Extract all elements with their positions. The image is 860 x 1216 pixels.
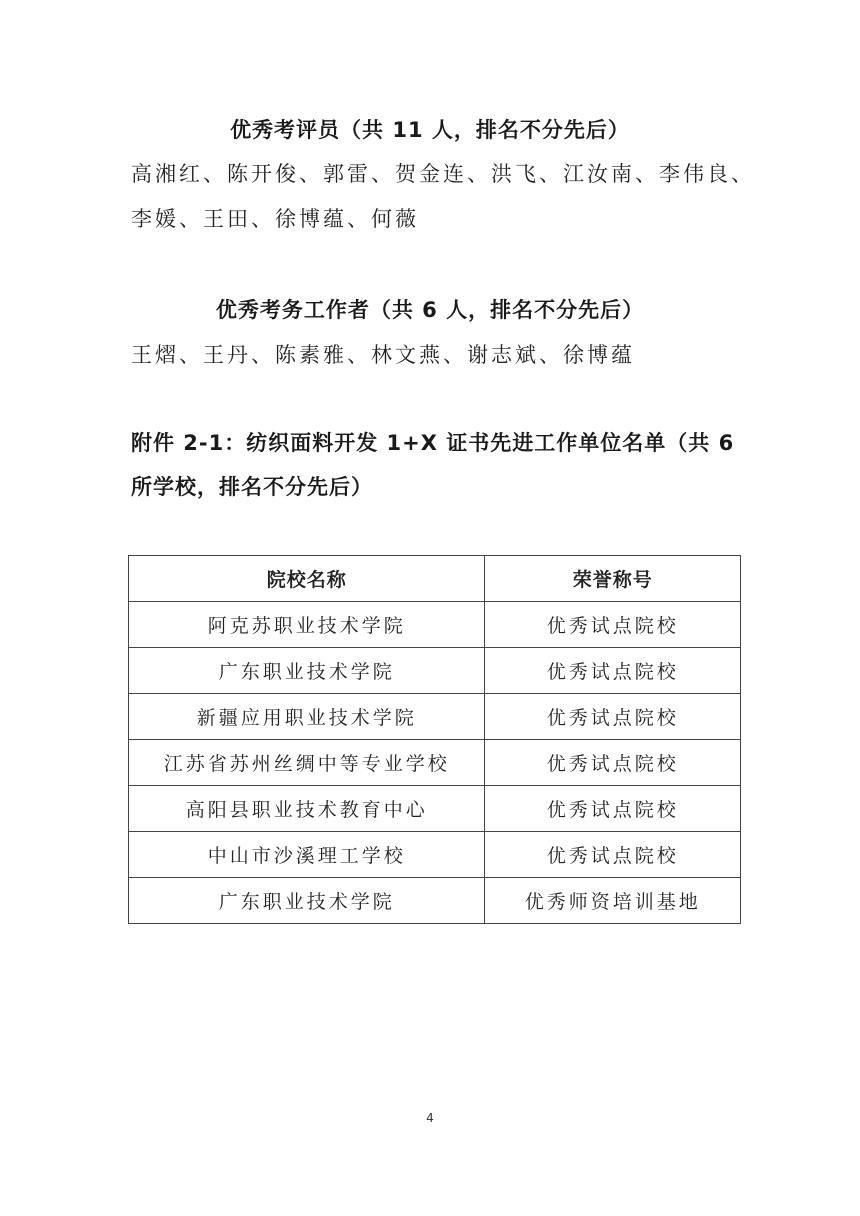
school-name: 阿克苏职业技术学院 xyxy=(129,602,485,648)
school-name: 高阳县职业技术教育中心 xyxy=(129,786,485,832)
exam-staff-names-line: 王熠、王丹、陈素雅、林文燕、谢志斌、徐博蕴 xyxy=(131,339,635,369)
table-row: 中山市沙溪理工学校 优秀试点院校 xyxy=(129,832,741,878)
school-name: 江苏省苏州丝绸中等专业学校 xyxy=(129,740,485,786)
table-row: 广东职业技术学院 优秀试点院校 xyxy=(129,648,741,694)
school-name: 中山市沙溪理工学校 xyxy=(129,832,485,878)
table-header-row: 院校名称 荣誉称号 xyxy=(129,556,741,602)
section-title-exam-staff: 优秀考务工作者（共 6 人，排名不分先后） xyxy=(0,294,860,324)
honor-title: 优秀试点院校 xyxy=(485,648,741,694)
honor-title: 优秀师资培训基地 xyxy=(485,878,741,924)
advanced-units-table: 院校名称 荣誉称号 阿克苏职业技术学院 优秀试点院校 广东职业技术学院 优秀试点… xyxy=(128,555,741,924)
honor-title: 优秀试点院校 xyxy=(485,786,741,832)
table-row: 江苏省苏州丝绸中等专业学校 优秀试点院校 xyxy=(129,740,741,786)
school-name: 广东职业技术学院 xyxy=(129,878,485,924)
page-number: 4 xyxy=(0,1111,860,1125)
header-honor-title: 荣誉称号 xyxy=(485,556,741,602)
table-row: 广东职业技术学院 优秀师资培训基地 xyxy=(129,878,741,924)
table-row: 阿克苏职业技术学院 优秀试点院校 xyxy=(129,602,741,648)
examiners-names-line-2: 李媛、王田、徐博蕴、何薇 xyxy=(131,203,419,233)
school-name: 广东职业技术学院 xyxy=(129,648,485,694)
table-row: 高阳县职业技术教育中心 优秀试点院校 xyxy=(129,786,741,832)
honor-title: 优秀试点院校 xyxy=(485,832,741,878)
section-title-examiners: 优秀考评员（共 11 人，排名不分先后） xyxy=(0,114,860,144)
header-school-name: 院校名称 xyxy=(129,556,485,602)
honor-title: 优秀试点院校 xyxy=(485,740,741,786)
honor-title: 优秀试点院校 xyxy=(485,602,741,648)
honor-title: 优秀试点院校 xyxy=(485,694,741,740)
examiners-names-line-1: 高湘红、陈开俊、郭雷、贺金连、洪飞、江汝南、李伟良、 xyxy=(131,158,755,188)
school-name: 新疆应用职业技术学院 xyxy=(129,694,485,740)
appendix-title: 附件 2-1：纺织面料开发 1+X 证书先进工作单位名单（共 6 所学校，排名不… xyxy=(131,421,741,509)
table-row: 新疆应用职业技术学院 优秀试点院校 xyxy=(129,694,741,740)
